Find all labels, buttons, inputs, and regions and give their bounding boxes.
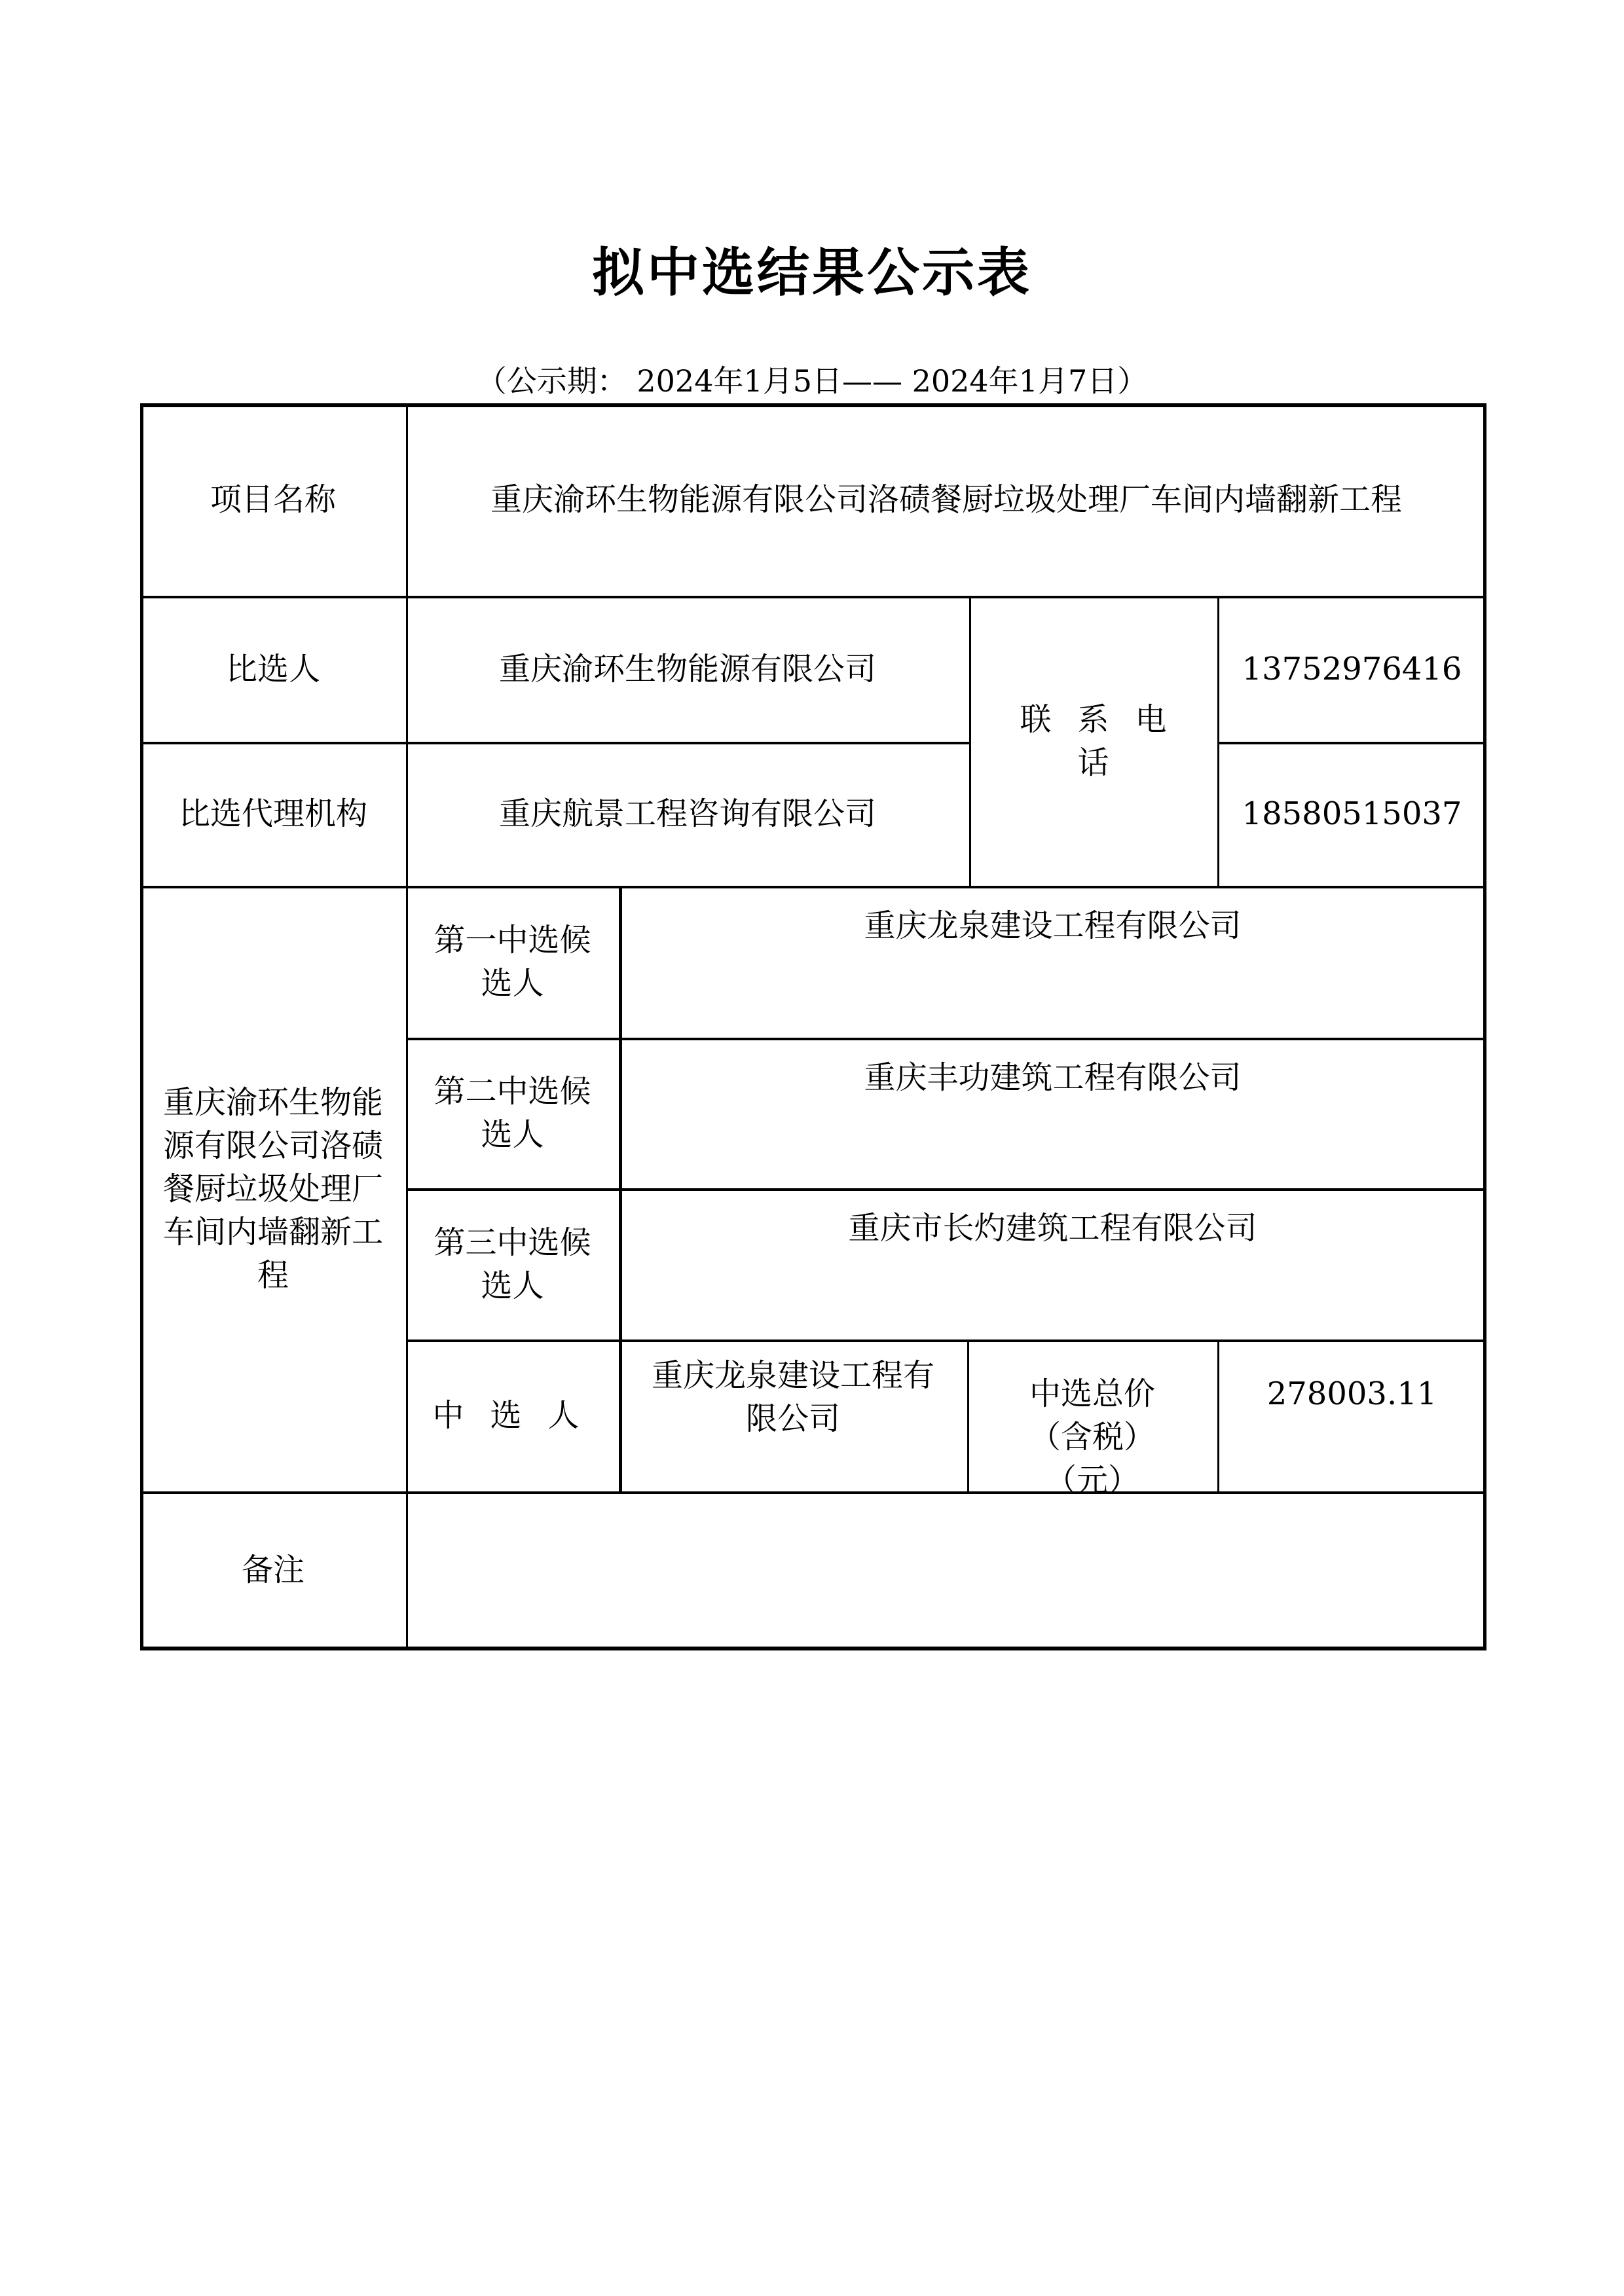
agency-label: 比选代理机构 bbox=[140, 742, 406, 886]
candidate-2-company: 重庆丰功建筑工程有限公司 bbox=[619, 1038, 1486, 1188]
candidate-2-rank: 第二中选候选人 bbox=[406, 1038, 619, 1188]
winner-price-label: 中选总价（含税）（元） bbox=[967, 1339, 1217, 1491]
project-name-label: 项目名称 bbox=[140, 403, 406, 596]
selector-label: 比选人 bbox=[140, 596, 406, 742]
agency-phone: 18580515037 bbox=[1217, 742, 1486, 886]
candidate-3-rank: 第三中选候选人 bbox=[406, 1188, 619, 1339]
document-title: 拟中选结果公示表 bbox=[0, 244, 1624, 302]
winner-label: 中选人 bbox=[406, 1339, 619, 1491]
winner-company: 重庆龙泉建设工程有限公司 bbox=[619, 1339, 967, 1491]
project-name-value: 重庆渝环生物能源有限公司洛碛餐厨垃圾处理厂车间内墙翻新工程 bbox=[406, 403, 1486, 596]
contact-phone-label: 联系电话 bbox=[969, 596, 1217, 886]
section-project-name: 重庆渝环生物能源有限公司洛碛餐厨垃圾处理厂车间内墙翻新工程 bbox=[140, 886, 406, 1491]
agency-value: 重庆航景工程咨询有限公司 bbox=[406, 742, 969, 886]
candidate-3-company: 重庆市长灼建筑工程有限公司 bbox=[619, 1188, 1486, 1339]
candidate-1-rank: 第一中选候选人 bbox=[406, 886, 619, 1038]
selector-value: 重庆渝环生物能源有限公司 bbox=[406, 596, 969, 742]
publicity-period: （公示期： 2024年1月5日—— 2024年1月7日） bbox=[0, 361, 1624, 401]
remarks-value bbox=[406, 1491, 1486, 1649]
selector-phone: 13752976416 bbox=[1217, 596, 1486, 742]
remarks-label: 备注 bbox=[140, 1491, 406, 1649]
winner-price: 278003.11 bbox=[1217, 1339, 1486, 1491]
candidate-1-company: 重庆龙泉建设工程有限公司 bbox=[619, 886, 1486, 1038]
